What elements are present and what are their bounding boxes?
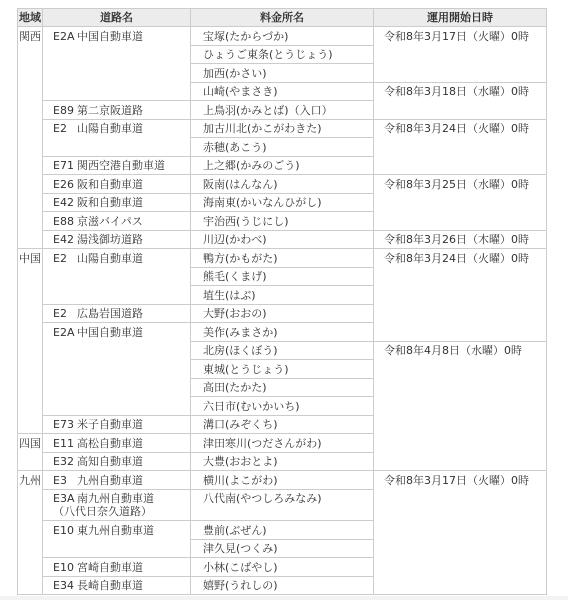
road-name: 関西空港自動車道 — [77, 159, 165, 172]
tollgate-cell: 加古川北(かこがわきた) — [191, 119, 374, 138]
table-row: E2山陽自動車道加古川北(かこがわきた)令和8年3月24日（火曜）0時 — [18, 119, 547, 138]
road-cell: E71関西空港自動車道 — [43, 156, 191, 175]
region-cell: 中国 — [18, 249, 43, 434]
road-code: E88 — [53, 215, 77, 228]
road-cell: E73米子自動車道 — [43, 415, 191, 434]
tollgate-cell: 加西(かさい) — [191, 64, 374, 83]
column-header-road: 道路名 — [43, 9, 191, 27]
tollgate-cell: 宇治西(うじにし) — [191, 212, 374, 231]
road-cell: E3A南九州自動車道（八代日奈久道路） — [43, 489, 191, 521]
tollgate-cell: 阪南(はんなん) — [191, 175, 374, 194]
tollgate-cell: 埴生(はぶ) — [191, 286, 374, 305]
road-name: 東九州自動車道 — [77, 524, 154, 537]
tollgate-cell: 高田(たかた) — [191, 378, 374, 397]
table-header-row: 地域 道路名 料金所名 運用開始日時 — [18, 9, 547, 27]
road-name: 長崎自動車道 — [77, 579, 143, 592]
road-code: E3 — [53, 474, 77, 487]
table-row: 九州E3九州自動車道横川(よこがわ)令和8年3月17日（火曜）0時 — [18, 471, 547, 490]
road-cell: E2山陽自動車道 — [43, 119, 191, 156]
road-code: E26 — [53, 178, 77, 191]
road-name: 中国自動車道 — [77, 326, 143, 339]
road-name: 阪和自動車道 — [77, 196, 143, 209]
road-name: 山陽自動車道 — [77, 122, 143, 135]
road-name: 南九州自動車道 — [77, 492, 154, 505]
tollgate-cell: 熊毛(くまげ) — [191, 267, 374, 286]
road-name: 広島岩国道路 — [77, 307, 143, 320]
region-cell: 四国 — [18, 434, 43, 471]
tollgate-cell: 赤穂(あこう) — [191, 138, 374, 157]
region-cell: 関西 — [18, 27, 43, 249]
road-cell: E34長崎自動車道 — [43, 576, 191, 595]
tollgate-cell: 大野(おおの) — [191, 304, 374, 323]
start-date-cell: 令和8年4月8日（水曜）0時 — [374, 341, 547, 471]
road-cell: E10東九州自動車道 — [43, 521, 191, 558]
page-bottom-strip — [0, 596, 568, 600]
table-row: 中国E2山陽自動車道鴨方(かもがた)令和8年3月24日（火曜）0時 — [18, 249, 547, 268]
road-cell: E26阪和自動車道 — [43, 175, 191, 194]
start-date-cell: 令和8年3月24日（火曜）0時 — [374, 249, 547, 342]
road-cell: E3九州自動車道 — [43, 471, 191, 490]
road-cell: E89第二京阪道路 — [43, 101, 191, 120]
road-name: 中国自動車道 — [77, 30, 143, 43]
road-code: E11 — [53, 437, 77, 450]
start-date-cell: 令和8年3月26日（木曜）0時 — [374, 230, 547, 249]
road-name: 湯浅御坊道路 — [77, 233, 143, 246]
tollgate-cell: 鴨方(かもがた) — [191, 249, 374, 268]
region-cell: 九州 — [18, 471, 43, 595]
tollgate-cell: 八代南(やつしろみなみ) — [191, 489, 374, 521]
road-cell: E88京滋バイパス — [43, 212, 191, 231]
tollgate-cell: 津久見(つくみ) — [191, 539, 374, 558]
road-cell: E42阪和自動車道 — [43, 193, 191, 212]
tollgate-cell: 東城(とうじょう) — [191, 360, 374, 379]
road-code: E10 — [53, 524, 77, 537]
road-name: 九州自動車道 — [77, 474, 143, 487]
road-name-secondary: （八代日奈久道路） — [53, 505, 186, 518]
tollgate-cell: 豊前(ぶぜん) — [191, 521, 374, 540]
road-code: E2A — [53, 326, 77, 339]
road-cell: E2A中国自動車道 — [43, 323, 191, 416]
table-row: 関西E2A中国自動車道宝塚(たからづか)令和8年3月17日（火曜）0時 — [18, 27, 547, 46]
tollgate-cell: ひょうご東条(とうじょう) — [191, 45, 374, 64]
column-header-start-date: 運用開始日時 — [374, 9, 547, 27]
tollgate-cell: 六日市(むいかいち) — [191, 397, 374, 416]
road-code: E2 — [53, 307, 77, 320]
road-cell: E42湯浅御坊道路 — [43, 230, 191, 249]
tollgate-cell: 宝塚(たからづか) — [191, 27, 374, 46]
toll-schedule-table: 地域 道路名 料金所名 運用開始日時 関西E2A中国自動車道宝塚(たからづか)令… — [17, 8, 547, 595]
road-cell: E2広島岩国道路 — [43, 304, 191, 323]
tollgate-cell: 横川(よこがわ) — [191, 471, 374, 490]
tollgate-cell: 山崎(やまさき) — [191, 82, 374, 101]
road-name: 第二京阪道路 — [77, 104, 143, 117]
road-code: E89 — [53, 104, 77, 117]
road-code: E3A — [53, 492, 77, 505]
road-cell: E2A中国自動車道 — [43, 27, 191, 101]
road-cell: E10宮崎自動車道 — [43, 558, 191, 577]
road-code: E34 — [53, 579, 77, 592]
start-date-cell: 令和8年3月24日（火曜）0時 — [374, 119, 547, 175]
tollgate-cell: 川辺(かわべ) — [191, 230, 374, 249]
start-date-cell: 令和8年3月17日（火曜）0時 — [374, 471, 547, 595]
road-name: 高知自動車道 — [77, 455, 143, 468]
tollgate-cell: 津田寒川(つださんがわ) — [191, 434, 374, 453]
road-cell: E11高松自動車道 — [43, 434, 191, 453]
road-code: E42 — [53, 196, 77, 209]
road-code: E32 — [53, 455, 77, 468]
table-body: 関西E2A中国自動車道宝塚(たからづか)令和8年3月17日（火曜）0時ひょうご東… — [18, 27, 547, 595]
road-cell: E32高知自動車道 — [43, 452, 191, 471]
road-code: E10 — [53, 561, 77, 574]
road-code: E42 — [53, 233, 77, 246]
road-name: 山陽自動車道 — [77, 252, 143, 265]
road-name: 高松自動車道 — [77, 437, 143, 450]
road-code: E2 — [53, 252, 77, 265]
start-date-cell: 令和8年3月18日（水曜）0時 — [374, 82, 547, 119]
start-date-cell: 令和8年3月25日（水曜）0時 — [374, 175, 547, 231]
road-name: 宮崎自動車道 — [77, 561, 143, 574]
tollgate-cell: 小林(こばやし) — [191, 558, 374, 577]
road-code: E73 — [53, 418, 77, 431]
column-header-region: 地域 — [18, 9, 43, 27]
tollgate-cell: 上之郷(かみのごう) — [191, 156, 374, 175]
tollgate-cell: 美作(みまさか) — [191, 323, 374, 342]
road-cell: E2山陽自動車道 — [43, 249, 191, 305]
tollgate-cell: 上鳥羽(かみとば)（入口） — [191, 101, 374, 120]
road-code: E71 — [53, 159, 77, 172]
road-code: E2 — [53, 122, 77, 135]
table-row: E42湯浅御坊道路川辺(かわべ)令和8年3月26日（木曜）0時 — [18, 230, 547, 249]
road-name: 米子自動車道 — [77, 418, 143, 431]
column-header-tollgate: 料金所名 — [191, 9, 374, 27]
toll-schedule-table-container: 地域 道路名 料金所名 運用開始日時 関西E2A中国自動車道宝塚(たからづか)令… — [17, 8, 547, 595]
tollgate-cell: 大豊(おおとよ) — [191, 452, 374, 471]
tollgate-cell: 海南東(かいなんひがし) — [191, 193, 374, 212]
start-date-cell: 令和8年3月17日（火曜）0時 — [374, 27, 547, 83]
table-row: E26阪和自動車道阪南(はんなん)令和8年3月25日（水曜）0時 — [18, 175, 547, 194]
road-name: 阪和自動車道 — [77, 178, 143, 191]
road-name: 京滋バイパス — [77, 215, 143, 228]
road-code: E2A — [53, 30, 77, 43]
tollgate-cell: 溝口(みぞくち) — [191, 415, 374, 434]
tollgate-cell: 北房(ほくぼう) — [191, 341, 374, 360]
tollgate-cell: 嬉野(うれしの) — [191, 576, 374, 595]
